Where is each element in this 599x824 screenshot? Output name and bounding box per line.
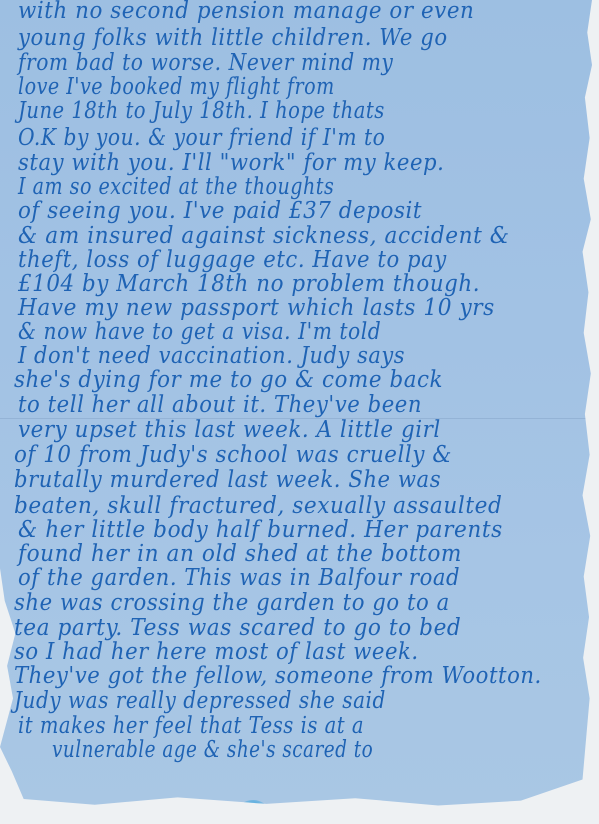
letter-line: £104 by March 18th no problem though. [18, 271, 480, 297]
letter-line: theft, loss of luggage etc. Have to pay [18, 247, 447, 273]
letter-line: Have my new passport which lasts 10 yrs [18, 295, 495, 321]
letter-line: vulnerable age & she's scared to [52, 737, 373, 763]
letter-line: They've got the fellow, someone from Woo… [14, 663, 542, 689]
letter-line: tea party. Tess was scared to go to bed [14, 615, 461, 641]
ink-stain [300, 806, 322, 822]
letter-line: very upset this last week. A little girl [18, 417, 441, 443]
letter-line: of 10 from Judy's school was cruelly & [14, 442, 452, 468]
letter-line: with no second pension manage or even [18, 0, 474, 24]
letter-line: of seeing you. I've paid £37 deposit [18, 198, 422, 224]
letter-line: found her in an old shed at the bottom [18, 541, 462, 567]
letter-line: & her little body half burned. Her paren… [18, 517, 503, 543]
letter-line: I am so excited at the thoughts [18, 174, 334, 200]
letter-line: of the garden. This was in Balfour road [18, 565, 460, 591]
ink-stain [238, 800, 268, 822]
letter-line: & am insured against sickness, accident … [18, 223, 510, 249]
letter-line: & now have to get a visa. I'm told [18, 319, 381, 345]
letter-line: it makes her feel that Tess is at a [18, 713, 364, 739]
letter-line: stay with you. I'll "work" for my keep. [18, 150, 444, 176]
blue-airmail-paper: with no second pension manage or even yo… [0, 0, 592, 812]
letter-line: love I've booked my flight from [18, 74, 335, 100]
letter-line: young folks with little children. We go [18, 25, 448, 51]
letter-line: I don't need vaccination. Judy says [18, 343, 405, 369]
letter-line: she was crossing the garden to go to a [14, 590, 450, 616]
letter-line: brutally murdered last week. She was [14, 467, 441, 493]
letter-line: so I had her here most of last week. [14, 639, 419, 665]
letter-line: she's dying for me to go & come back [14, 367, 443, 393]
letter-line: Judy was really depressed she said [14, 688, 386, 714]
letter-line: June 18th to July 18th. I hope thats [18, 98, 385, 124]
letter-line: from bad to worse. Never mind my [18, 50, 393, 76]
letter-line: to tell her all about it. They've been [18, 392, 422, 418]
letter-line: O.K by you. & your friend if I'm to [18, 125, 385, 151]
scanned-letter-page: with no second pension manage or even yo… [0, 0, 599, 824]
letter-line: beaten, skull fractured, sexually assaul… [14, 493, 502, 519]
